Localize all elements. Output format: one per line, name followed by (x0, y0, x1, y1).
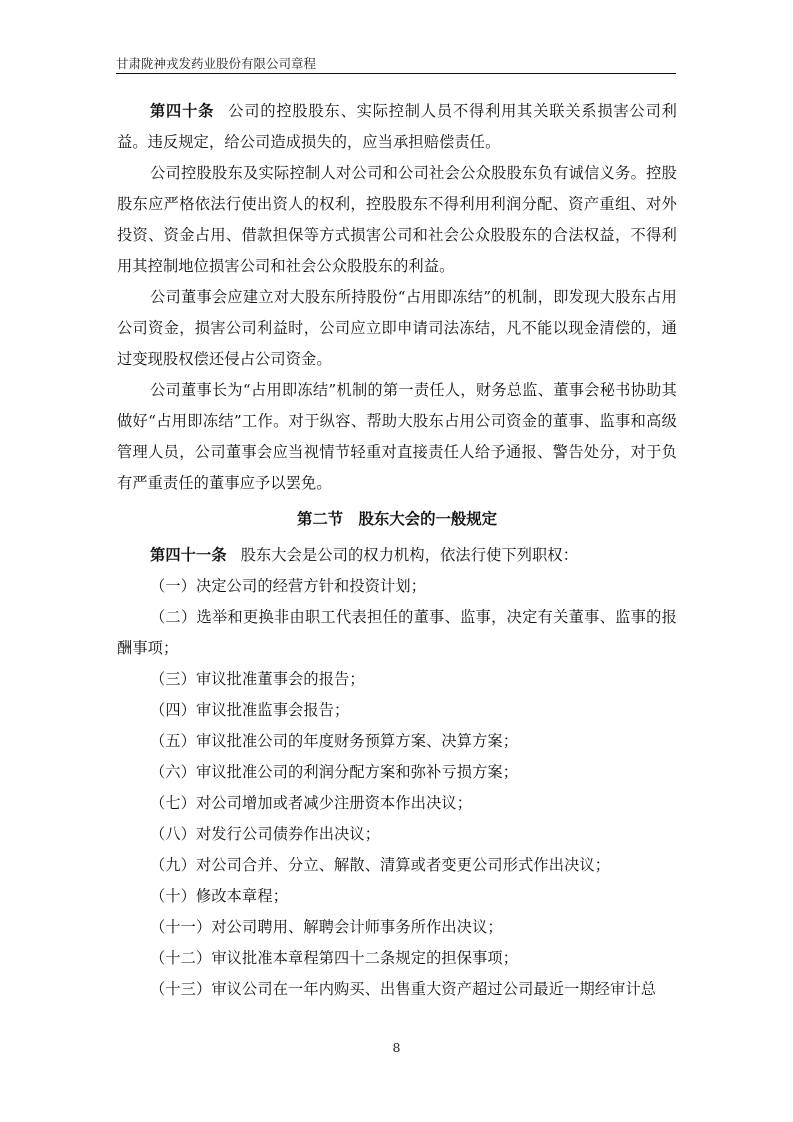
list-item: （八）对发行公司债券作出决议； (117, 819, 677, 850)
list-item: （十三）审议公司在一年内购买、出售重大资产超过公司最近一期经审计总 (117, 974, 677, 1005)
article-number: 第四十一条 (150, 546, 227, 564)
article-40-paragraph-2: 公司控股股东及实际控制人对公司和公司社会公众股股东负有诚信义务。控股股东应严格依… (117, 158, 677, 282)
list-item: （十）修改本章程； (117, 881, 677, 912)
list-item: （二）选举和更换非由职工代表担任的董事、监事，决定有关董事、监事的报酬事项； (117, 602, 677, 664)
page-number: 8 (0, 1040, 793, 1055)
article-40-paragraph-3: 公司董事会应建立对大股东所持股份“占用即冻结”的机制，即发现大股东占用公司资金，… (117, 282, 677, 375)
list-item: （一）决定公司的经营方针和投资计划； (117, 571, 677, 602)
list-item: （九）对公司合并、分立、解散、清算或者变更公司形式作出决议； (117, 850, 677, 881)
header-divider (116, 73, 676, 74)
list-item: （六）审议批准公司的利润分配方案和弥补亏损方案； (117, 757, 677, 788)
list-item: （三）审议批准董事会的报告； (117, 664, 677, 695)
list-item: （五）审议批准公司的年度财务预算方案、决算方案； (117, 726, 677, 757)
article-40-paragraph-1: 第四十条公司的控股股东、实际控制人员不得利用其关联关系损害公司利益。违反规定，给… (117, 96, 677, 158)
article-41-intro: 第四十一条股东大会是公司的权力机构，依法行使下列职权： (117, 540, 677, 571)
list-item: （十一）对公司聘用、解聘会计师事务所作出决议； (117, 912, 677, 943)
article-40-paragraph-4: 公司董事长为“占用即冻结”机制的第一责任人，财务总监、董事会秘书协助其做好“占用… (117, 375, 677, 499)
document-body: 第四十条公司的控股股东、实际控制人员不得利用其关联关系损害公司利益。违反规定，给… (117, 96, 677, 1005)
list-item: （四）审议批准监事会报告； (117, 695, 677, 726)
list-item: （十二）审议批准本章程第四十二条规定的担保事项； (117, 943, 677, 974)
list-item: （七）对公司增加或者减少注册资本作出决议； (117, 788, 677, 819)
section-heading: 第二节 股东大会的一般规定 (117, 504, 677, 535)
article-number: 第四十条 (150, 102, 214, 120)
running-header: 甘肃陇神戎发药业股份有限公司章程 (116, 54, 676, 74)
